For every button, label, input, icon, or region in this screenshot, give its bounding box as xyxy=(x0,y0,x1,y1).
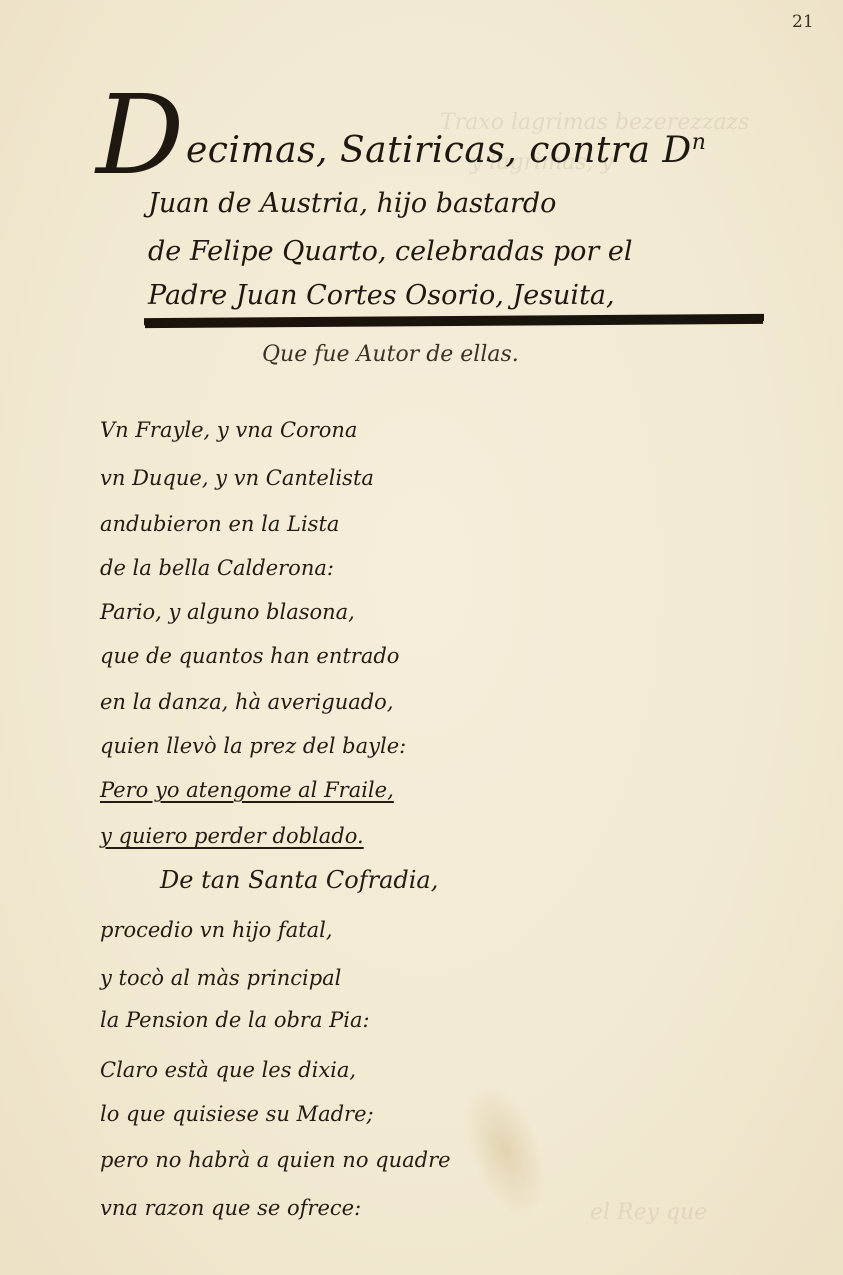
title-line-1: ecimas, Satiricas, contra Dn xyxy=(186,130,706,171)
bleed-through-text: el Rey que xyxy=(590,1200,707,1225)
verse-line: procedio vn hijo fatal, xyxy=(100,918,333,942)
verse-line-underlined: Pero yo atengome al Fraile, xyxy=(100,778,394,802)
title-rule xyxy=(144,314,764,325)
verse-line: la Pension de la obra Pia: xyxy=(100,1008,370,1032)
verse-line-indented: De tan Santa Cofradia, xyxy=(160,866,438,894)
paper-stain xyxy=(448,1072,562,1227)
drop-cap: D xyxy=(96,80,184,190)
verse-line: Vn Frayle, y vna Corona xyxy=(100,418,357,442)
subtitle: Que fue Autor de ellas. xyxy=(262,342,519,367)
title-line-3: de Felipe Quarto, celebradas por el xyxy=(148,236,632,267)
verse-line: que de quantos han entrado xyxy=(100,644,399,668)
verse-line: pero no habrà a quien no quadre xyxy=(100,1148,451,1172)
verse-line: lo que quisiese su Madre; xyxy=(100,1102,374,1126)
verse-line: y tocò al màs principal xyxy=(100,966,341,990)
verse-line-underlined: y quiero perder doblado. xyxy=(100,824,364,848)
verse-line: en la danza, hà averiguado, xyxy=(100,690,394,714)
verse-line: andubieron en la Lista xyxy=(100,512,339,536)
verse-line: quien llevò la prez del bayle: xyxy=(100,734,406,758)
manuscript-page: Traxo lagrimas bezerezzazs y lagrimas, y… xyxy=(0,0,843,1275)
verse-line: vna razon que se ofrece: xyxy=(100,1196,361,1220)
title-line-4: Padre Juan Cortes Osorio, Jesuita, xyxy=(148,280,615,311)
verse-line: de la bella Calderona: xyxy=(100,556,334,580)
title-superscript: n xyxy=(692,130,707,155)
verse-line: Pario, y alguno blasona, xyxy=(100,600,355,624)
title-line-2: Juan de Austria, hijo bastardo xyxy=(148,188,556,219)
folio-number: 21 xyxy=(792,12,814,32)
verse-line: vn Duque, y vn Cantelista xyxy=(100,466,374,490)
verse-line: Claro està que les dixia, xyxy=(100,1058,356,1082)
title-line-1-text: ecimas, Satiricas, contra D xyxy=(186,130,692,171)
